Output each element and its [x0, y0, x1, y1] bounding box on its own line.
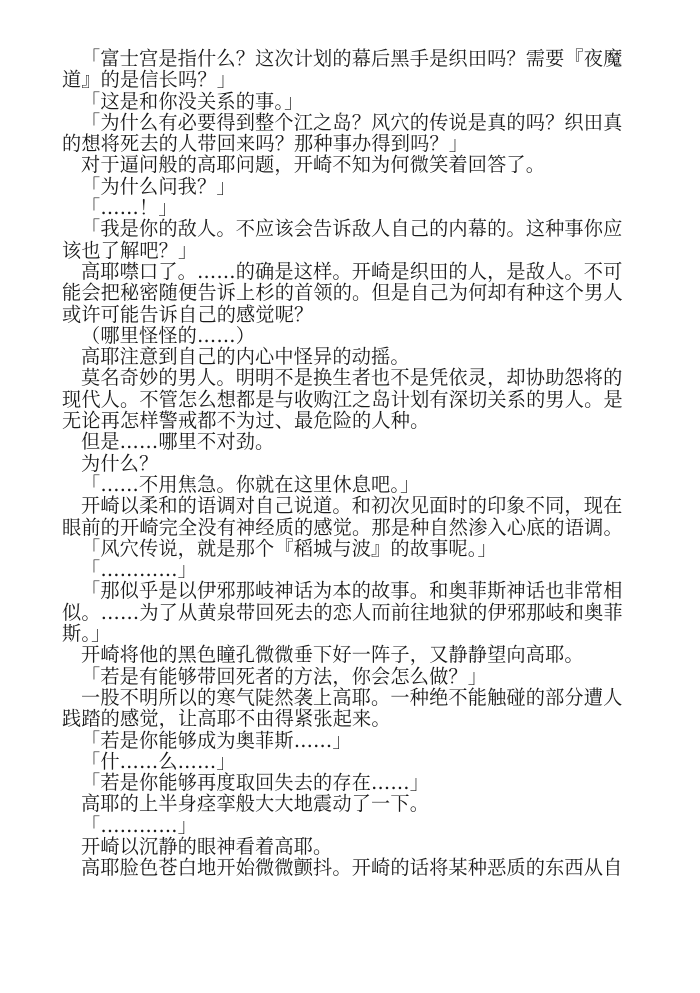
paragraph: 「…………」	[62, 559, 630, 580]
paragraph: 开崎以沉静的眼神看着高耶。	[62, 836, 630, 857]
paragraph: 「若是你能够成为奥菲斯……」	[62, 730, 630, 751]
paragraph: 高耶脸色苍白地开始微微颤抖。开崎的话将某种恶质的东西从自	[62, 857, 630, 878]
paragraph: 「……不用焦急。你就在这里休息吧。」	[62, 474, 630, 495]
paragraph: 为什么？	[62, 453, 630, 474]
paragraph: 「若是有能够带回死者的方法，你会怎么做？」	[62, 666, 630, 687]
document-page: 「富士宫是指什么？这次计划的幕后黑手是织田吗？需要『夜魔道』的是信长吗？」 「这…	[62, 48, 630, 879]
paragraph: 开崎将他的黑色瞳孔微微垂下好一阵子，又静静望向高耶。	[62, 644, 630, 665]
paragraph: 一股不明所以的寒气陡然袭上高耶。一种绝不能触碰的部分遭人践踏的感觉，让高耶不由得…	[62, 687, 630, 730]
paragraph: 莫名奇妙的男人。明明不是换生者也不是凭依灵，却协助怨将的现代人。不管怎么想都是与…	[62, 367, 630, 431]
paragraph: 高耶噤口了。……的确是这样。开崎是织田的人，是敌人。不可能会把秘密随便告诉上杉的…	[62, 261, 630, 325]
paragraph: 「那似乎是以伊邪那岐神话为本的故事。和奥菲斯神话也非常相似。……为了从黄泉带回死…	[62, 580, 630, 644]
paragraph: 「我是你的敌人。不应该会告诉敌人自己的内幕的。这种事你应该也了解吧？」	[62, 218, 630, 261]
paragraph: 但是……哪里不对劲。	[62, 431, 630, 452]
paragraph: 高耶的上半身痉挛般大大地震动了一下。	[62, 793, 630, 814]
paragraph: 「……！」	[62, 197, 630, 218]
paragraph: 「…………」	[62, 815, 630, 836]
paragraph: 「这是和你没关系的事。」	[62, 91, 630, 112]
paragraph: 「风穴传说，就是那个『稻城与波』的故事呢。」	[62, 538, 630, 559]
paragraph: 「什……么……」	[62, 751, 630, 772]
paragraph: 「为什么问我？」	[62, 176, 630, 197]
paragraph: 高耶注意到自己的内心中怪异的动摇。	[62, 346, 630, 367]
paragraph: 对于逼问般的高耶问题，开崎不知为何微笑着回答了。	[62, 154, 630, 175]
paragraph: （哪里怪怪的……）	[62, 325, 630, 346]
paragraph: 「富士宫是指什么？这次计划的幕后黑手是织田吗？需要『夜魔道』的是信长吗？」	[62, 48, 630, 91]
paragraph: 开崎以柔和的语调对自己说道。和初次见面时的印象不同，现在眼前的开崎完全没有神经质…	[62, 495, 630, 538]
paragraph: 「若是你能够再度取回失去的存在……」	[62, 772, 630, 793]
paragraph: 「为什么有必要得到整个江之岛？风穴的传说是真的吗？织田真的想将死去的人带回来吗？…	[62, 112, 630, 155]
